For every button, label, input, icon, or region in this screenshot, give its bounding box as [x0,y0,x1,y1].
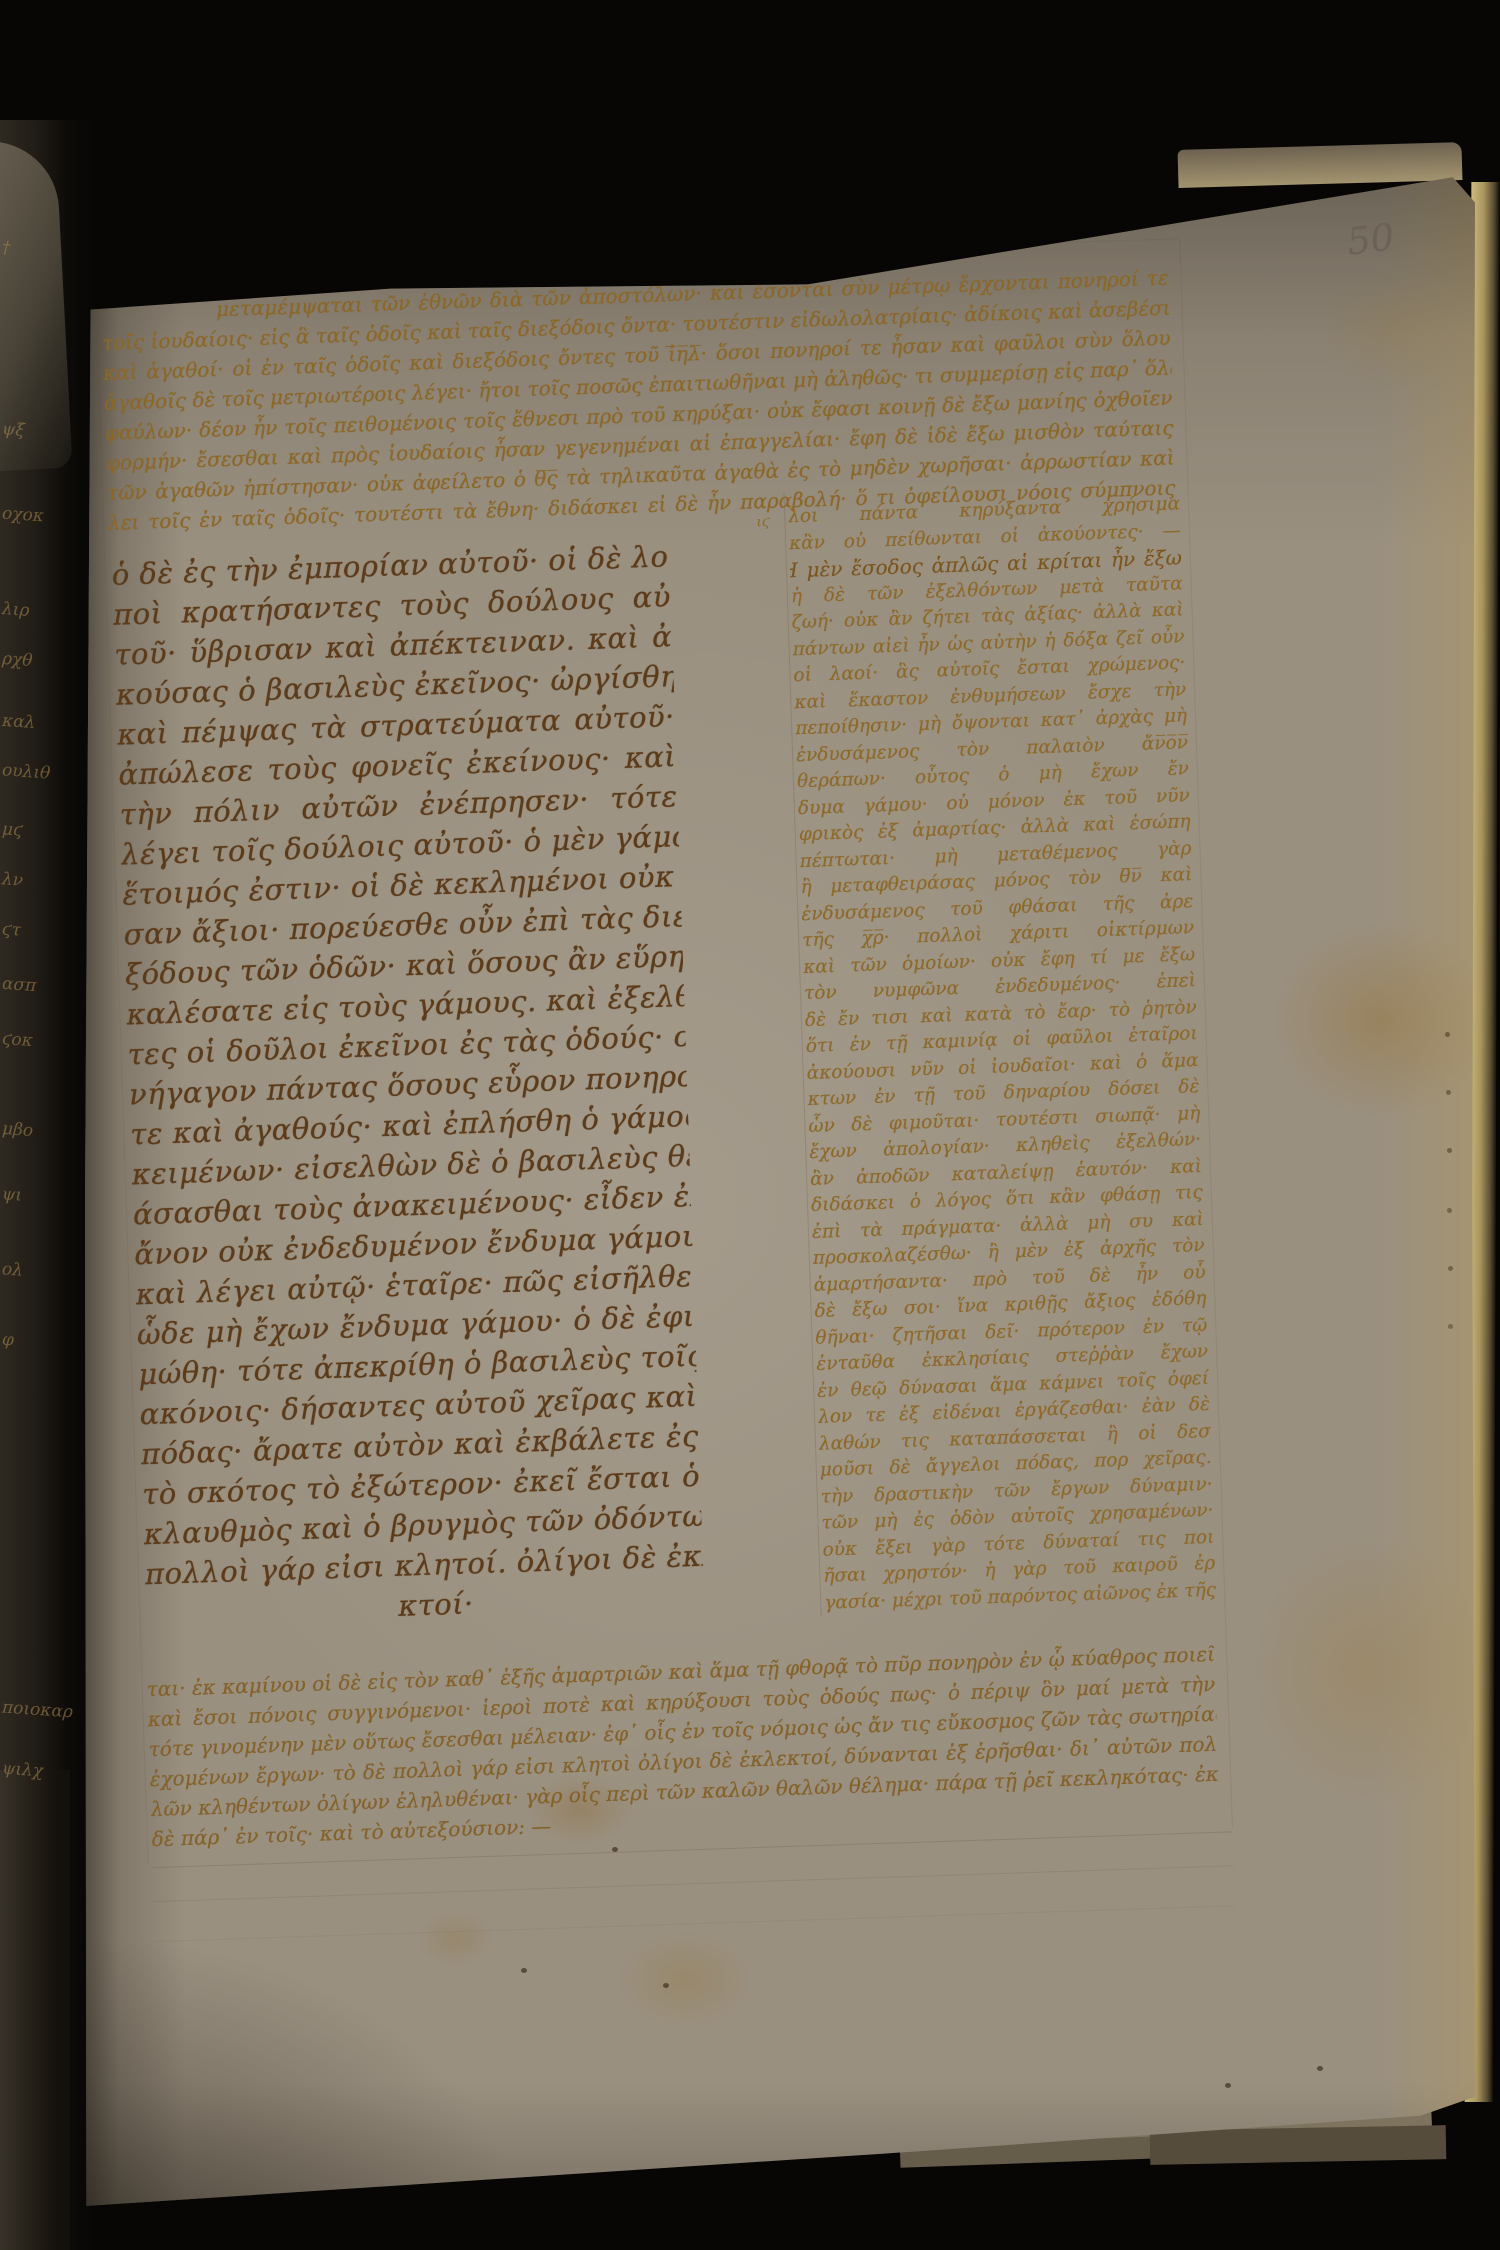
book-gutter: †ψξοχοκλιρρχθκαλουλιθμϛλνϛτασπϛοκμβοψιολ… [0,120,96,2250]
speck [1317,2066,1323,2071]
text-line: μβο [1,1119,33,1141]
parchment-page: 50 μεταμέμψαται τῶν ἐθνῶν διὰ τῶν ἀποστό… [85,150,1475,2250]
manuscript-photo: †ψξοχοκλιρρχθκαλουλιθμϛλνϛτασπϛοκμβοψιολ… [0,0,1500,2250]
gutter-shadow [0,1770,70,2250]
text-line: † [1,238,11,259]
text-line: φ [1,1330,14,1351]
text-line: ουλιθ [1,760,51,783]
text-line: ολ [1,1259,23,1280]
text-line: καλ [1,711,36,733]
ruling-prick-marks [1445,1032,1450,1037]
ruling-line-horizontal [155,1905,1234,1942]
text-line: λν [1,869,23,890]
ink-offset-smudge [213,213,593,244]
text-line: ψξ [1,419,25,441]
underlying-leaf-top-edge [1178,142,1463,188]
text-line: ψι [1,1184,22,1205]
folio-number: 50 [1345,215,1397,263]
text-area: μεταμέμψαται τῶν ἐθνῶν διὰ τῶν ἀποστόλων… [100,241,1334,2079]
marginal-mark: ιϛ [756,514,770,530]
stain [1315,270,1465,390]
speck [1225,2083,1231,2088]
commentary-bottom-block: ται· ἐκ καμίνου οἱ δὲ εἰς τὸν καθ᾽ ἑξῆς … [146,1639,1219,1854]
ruling-line-horizontal [154,1865,1233,1902]
gospel-text-column: ὁ δὲ ἐς τὴν ἐμπορίαν αὐτοῦ· οἱ δὲ λοιποὶ… [111,536,705,1634]
text-line: ϛτ [1,919,21,940]
text-line: ποιοκαρ [1,1698,73,1723]
commentary-right-column: λοι πάντα κηρύξαντα χρήσιμακἂν οὐ πείθων… [788,491,1217,1616]
text-line: ρχθ [1,649,33,671]
text-line: λιρ [1,599,30,621]
text-line: ασπ [1,974,37,996]
text-line: οχοκ [1,504,44,527]
text-line: ψιλχ [1,1759,43,1782]
text-line: ϛοκ [1,1029,33,1051]
text-line: μϛ [1,819,23,840]
stain [1270,920,1490,1120]
